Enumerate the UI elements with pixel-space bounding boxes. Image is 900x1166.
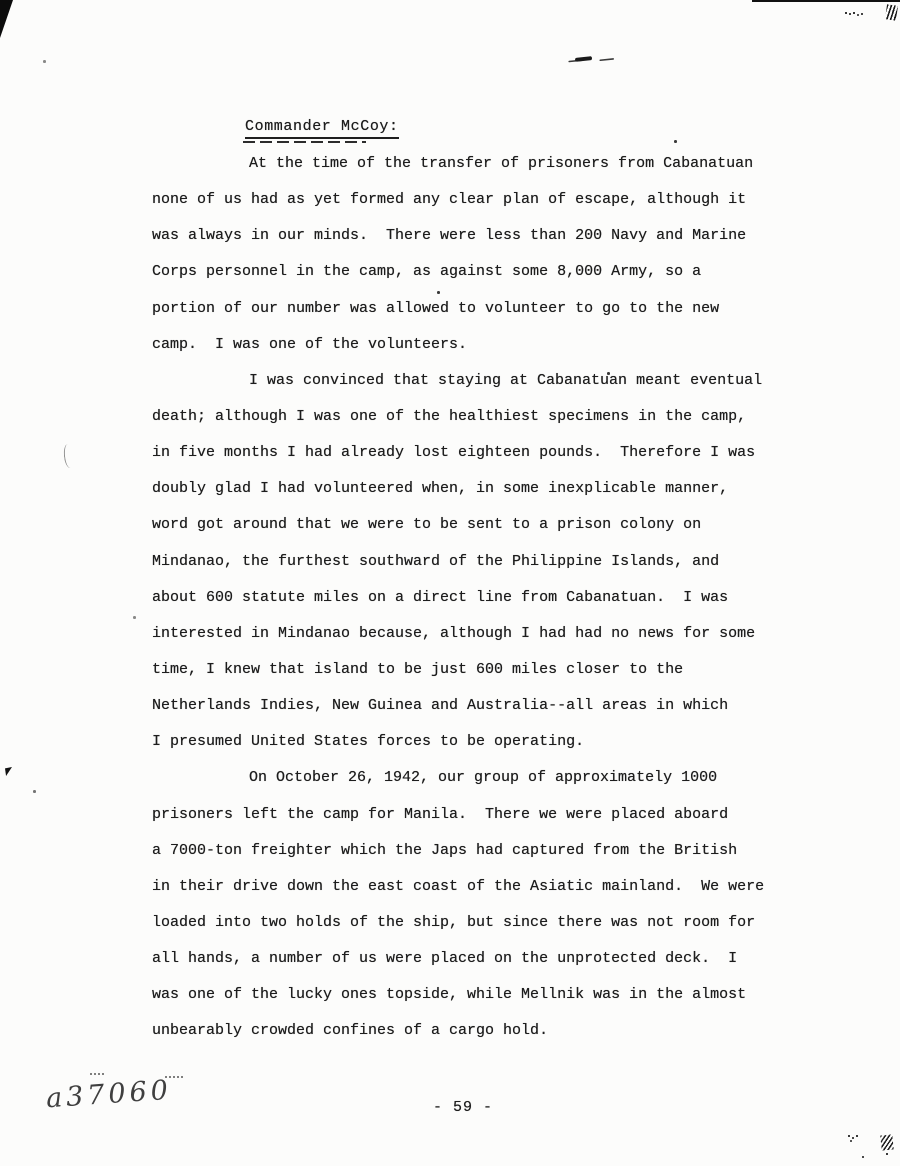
ink-speck <box>133 616 136 619</box>
text-line: death; although I was one of the healthi… <box>152 399 812 435</box>
text-line: about 600 statute miles on a direct line… <box>152 580 812 616</box>
document-body: At the time of the transfer of prisoners… <box>152 146 812 1050</box>
text-line: portion of our number was allowed to vol… <box>152 291 812 327</box>
text-line: On October 26, 1942, our group of approx… <box>152 760 812 796</box>
text-line: was one of the lucky ones topside, while… <box>152 977 812 1013</box>
scan-scribble-bottom-right <box>880 1134 894 1150</box>
scan-edge-line <box>752 0 900 2</box>
text-line: Mindanao, the furthest southward of the … <box>152 544 812 580</box>
text-line: camp. I was one of the volunteers. <box>152 327 812 363</box>
paragraph: At the time of the transfer of prisoners… <box>152 146 812 363</box>
ink-speck-cluster <box>845 12 847 14</box>
document-page: Commander McCoy: At the time of the tran… <box>0 0 900 1166</box>
scan-corner-wedge <box>0 0 13 38</box>
text-line: Netherlands Indies, New Guinea and Austr… <box>152 688 812 724</box>
text-line: prisoners left the camp for Manila. Ther… <box>152 797 812 833</box>
text-line: Corps personnel in the camp, as against … <box>152 254 812 290</box>
text-line: At the time of the transfer of prisoners… <box>152 146 812 182</box>
ink-speck <box>674 140 677 143</box>
ink-speck <box>43 60 46 63</box>
ink-speck <box>5 767 12 776</box>
page-number: - 59 - <box>433 1099 493 1116</box>
text-line: doubly glad I had volunteered when, in s… <box>152 471 812 507</box>
ink-speck-cluster <box>848 1135 850 1137</box>
text-line: in their drive down the east coast of th… <box>152 869 812 905</box>
handwritten-annotation: a37060 <box>45 1075 173 1115</box>
ink-dash-mark <box>575 56 592 61</box>
text-line: none of us had as yet formed any clear p… <box>152 182 812 218</box>
text-line: loaded into two holds of the ship, but s… <box>152 905 812 941</box>
text-line: was always in our minds. There were less… <box>152 218 812 254</box>
text-line: I was convinced that staying at Cabanatu… <box>152 363 812 399</box>
text-line: time, I knew that island to be just 600 … <box>152 652 812 688</box>
text-line: word got around that we were to be sent … <box>152 507 812 543</box>
text-line: a 7000-ton freighter which the Japs had … <box>152 833 812 869</box>
ink-arc-mark <box>63 444 75 469</box>
page-heading: Commander McCoy: <box>245 118 399 139</box>
text-line: in five months I had already lost eighte… <box>152 435 812 471</box>
text-line: interested in Mindanao because, although… <box>152 616 812 652</box>
paragraph: I was convinced that staying at Cabanatu… <box>152 363 812 761</box>
text-line: all hands, a number of us were placed on… <box>152 941 812 977</box>
paragraph: On October 26, 1942, our group of approx… <box>152 760 812 1049</box>
ink-speck <box>33 790 36 793</box>
text-line: unbearably crowded confines of a cargo h… <box>152 1013 812 1049</box>
text-line: I presumed United States forces to be op… <box>152 724 812 760</box>
scan-scribble-top-right <box>885 4 898 20</box>
ink-dots <box>90 1073 104 1075</box>
